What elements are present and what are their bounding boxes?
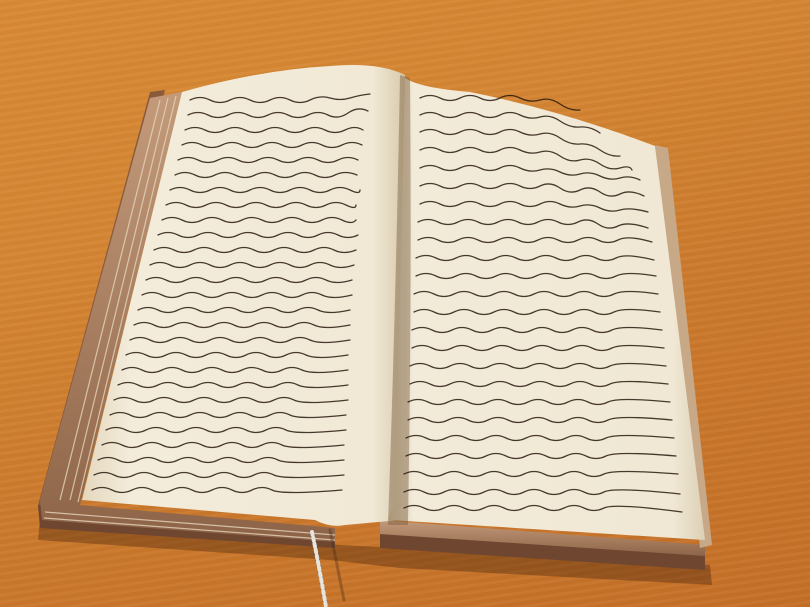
photo-scene: Open antique handwritten manuscript book… (0, 0, 810, 607)
book-illustration (0, 0, 810, 607)
